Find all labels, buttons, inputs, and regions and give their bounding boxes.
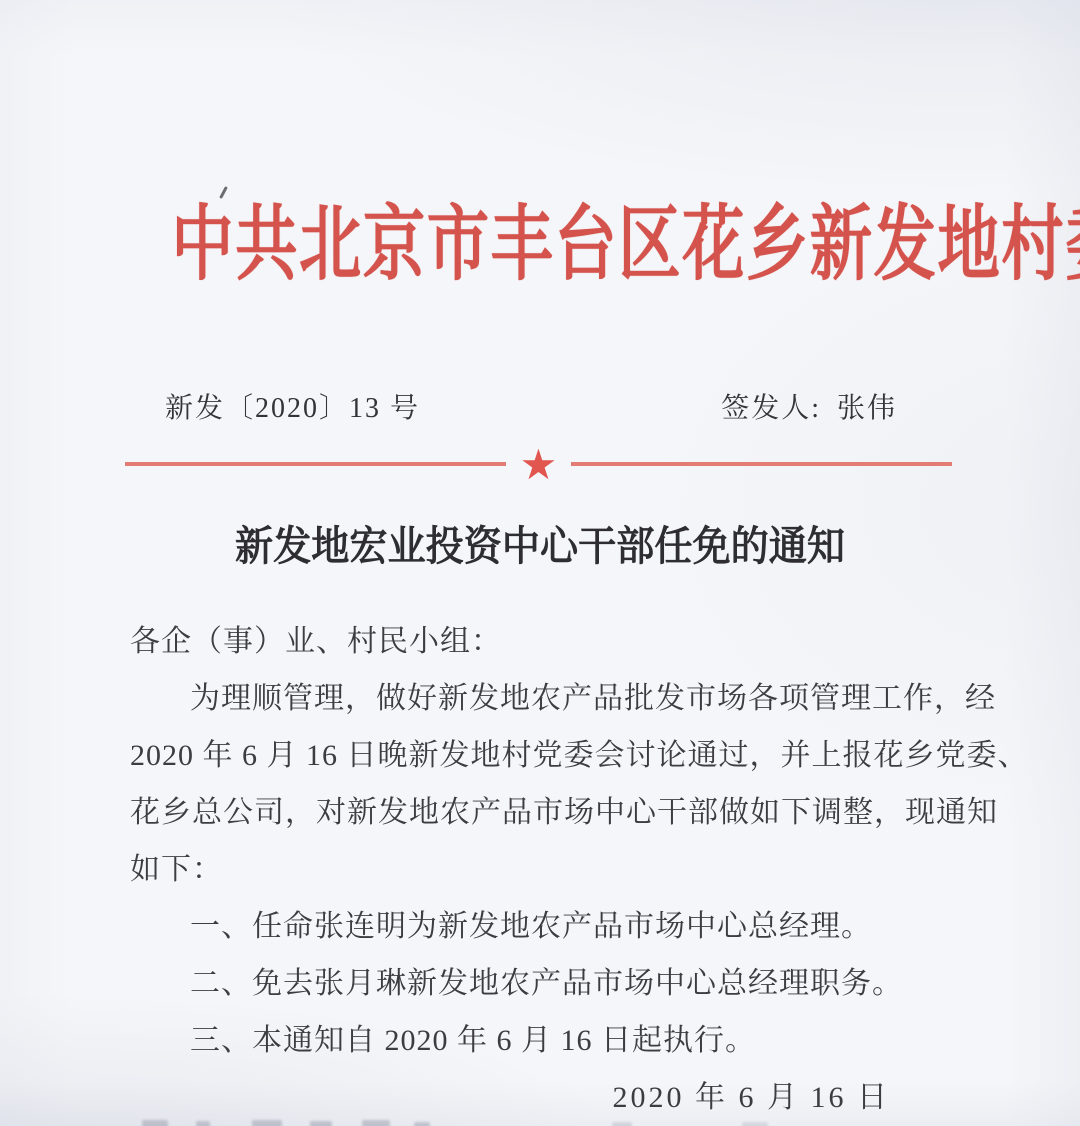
divider-line-right	[571, 462, 952, 466]
issuing-org-name: 中共北京市丰台区花乡新发地村委员会	[171, 182, 1080, 307]
doc-meta-row: 新发〔2020〕13 号 签发人:张伟	[0, 388, 1080, 424]
notice-item: 一、任命张连明为新发地农产品市场中心总经理。	[130, 898, 952, 955]
paragraph-line: 为理顺管理，做好新发地农产品批发市场各项管理工作，经	[130, 670, 952, 727]
paragraph-line: 花乡总公司，对新发地农产品市场中心干部做如下调整，现通知	[130, 784, 952, 841]
issuer-name: 张伟	[837, 393, 897, 424]
doc-number: 新发〔2020〕13 号	[165, 386, 420, 426]
letterhead: 中共北京市丰台区花乡新发地村委员会	[0, 182, 1080, 330]
notice-title-text: 新发地宏业投资中心干部任免的通知	[235, 520, 845, 572]
star-icon: ★	[506, 448, 572, 484]
divider-line-left	[125, 462, 506, 466]
cutoff-text-artifact	[0, 1114, 1080, 1126]
notice-item: 二、免去张月琳新发地农产品市场中心总经理职务。	[130, 955, 952, 1012]
notice-body: 各企（事）业、村民小组： 为理顺管理，做好新发地农产品批发市场各项管理工作，经 …	[0, 613, 1080, 1126]
notice-title: 新发地宏业投资中心干部任免的通知	[0, 520, 1080, 572]
salutation: 各企（事）业、村民小组：	[130, 613, 952, 670]
scanned-document-page: 中共北京市丰台区花乡新发地村委员会 新发〔2020〕13 号 签发人:张伟 ★ …	[0, 0, 1080, 1126]
issuer-label: 签发人:	[721, 393, 821, 424]
paragraph-line: 如下：	[130, 841, 952, 898]
notice-item: 三、本通知自 2020 年 6 月 16 日起执行。	[130, 1012, 952, 1069]
red-divider-rule: ★	[125, 446, 952, 482]
issuer: 签发人:张伟	[721, 386, 897, 426]
paragraph-line: 2020 年 6 月 16 日晚新发地村党委会讨论通过，并上报花乡党委、	[130, 727, 952, 784]
